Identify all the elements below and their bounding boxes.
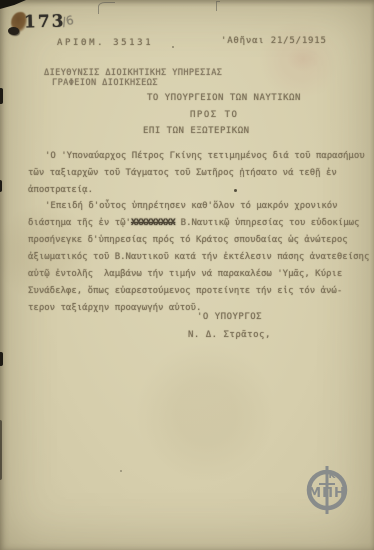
archive-monogram-stamp: Κ ΜΠΗ: [302, 464, 352, 514]
body-line: Συνάδελφε, ὅπως εὐαρεστούμενος προτείνητ…: [28, 283, 342, 300]
body-line-with-strikethrough: διάστημα τῆς ἐν τῷ'ΧΧΧΧΧΧΧΧΧ Β.Ναυτικῷ ὑ…: [28, 215, 359, 232]
struck-out-word: ΧΧΧΧΧΧΧΧΧ: [131, 218, 175, 228]
closing-title: 'Ο ΥΠΟΥΡΓΟΣ: [197, 312, 262, 322]
body-line: τερον ταξιάρχην προαγωγήν αὐτοῦ.: [28, 300, 201, 317]
scan-edge-mark: [0, 352, 3, 366]
protocol-number: ΑΡΙΘΜ. 35131: [57, 38, 153, 48]
body-line: ἀποστρατείᾳ.: [28, 182, 93, 199]
scan-edge-mark: [0, 88, 3, 104]
body-line: προσήνεγκε δ'ὑπηρεσίας πρός τό Κράτος σπ…: [28, 232, 348, 249]
body-line: αὐτῷ ἐντολῆς λαμβάνω τήν τιμήν νά παρακα…: [28, 266, 342, 283]
body-line-pre: διάστημα τῆς ἐν τῷ': [28, 218, 131, 228]
body-line: ἀξιωματικός τοῦ Β.Ναυτικοῦ κατά τήν ἐκτέ…: [28, 249, 369, 266]
body-line: τῶν ταξιαρχῶν τοῦ Τάγματος τοῦ Σωτῆρος ᾐ…: [28, 165, 337, 182]
sender-ministry: ΤΟ ΥΠΟΥΡΓΕΙΟΝ ΤΩΝ ΝΑΥΤΙΚΩΝ: [147, 93, 301, 103]
office-directorate: ΔΙΕΥΘΥΝΣΙΣ ΔΙΟΙΚΗΤΙΚΗΣ ΥΠΗΡΕΣΙΑΣ: [44, 68, 222, 78]
signature-name: Ν. Δ. Στρᾶτος,: [188, 330, 271, 340]
body-line: 'Επειδή δ'οὗτος ὑπηρέτησεν καθ'ὅλον τό μ…: [45, 198, 338, 215]
paper-speck: [234, 189, 237, 192]
office-bureau: ΓΡΑΦΕΙΟΝ ΔΙΟΙΚΗΣΕΩΣ: [52, 78, 158, 88]
stamp-letters-mph: ΜΠΗ: [308, 486, 346, 501]
ink-blot-dot: [8, 27, 19, 35]
body-line-post: Β.Ναυτικῷ ὑπηρεσίας του εὐδοκίμως: [175, 218, 359, 228]
recipient-ministry: ΕΠΙ ΤΩΝ ΕΞΩΤΕΡΙΚΩΝ: [143, 126, 250, 136]
body-line: 'Ο 'Υποναύαρχος Πέτρος Γκίνης τετιμημένο…: [45, 148, 365, 165]
scan-edge-mark: [0, 420, 2, 480]
paper-speck: [172, 46, 174, 48]
folio-number-stamp: 173: [24, 11, 66, 32]
document-scan: 173 /6 ΑΡΙΘΜ. 35131 'Αθῆναι 21/5/1915 ΔΙ…: [0, 0, 374, 550]
folio-suffix-handwritten: /6: [61, 13, 75, 29]
pencil-mark: [216, 1, 220, 11]
pros-to-label: ΠΡΟΣ ΤΟ: [190, 110, 238, 120]
scan-edge-mark: [0, 180, 2, 192]
pencil-mark: [98, 2, 115, 14]
paper-speck: [120, 470, 122, 472]
stamp-bottom-dot: [325, 508, 328, 511]
stamp-letter-k: Κ: [329, 471, 337, 481]
paper-stain: [286, 46, 320, 72]
dateline: 'Αθῆναι 21/5/1915: [221, 36, 327, 46]
scan-corner-mark: [0, 0, 26, 9]
